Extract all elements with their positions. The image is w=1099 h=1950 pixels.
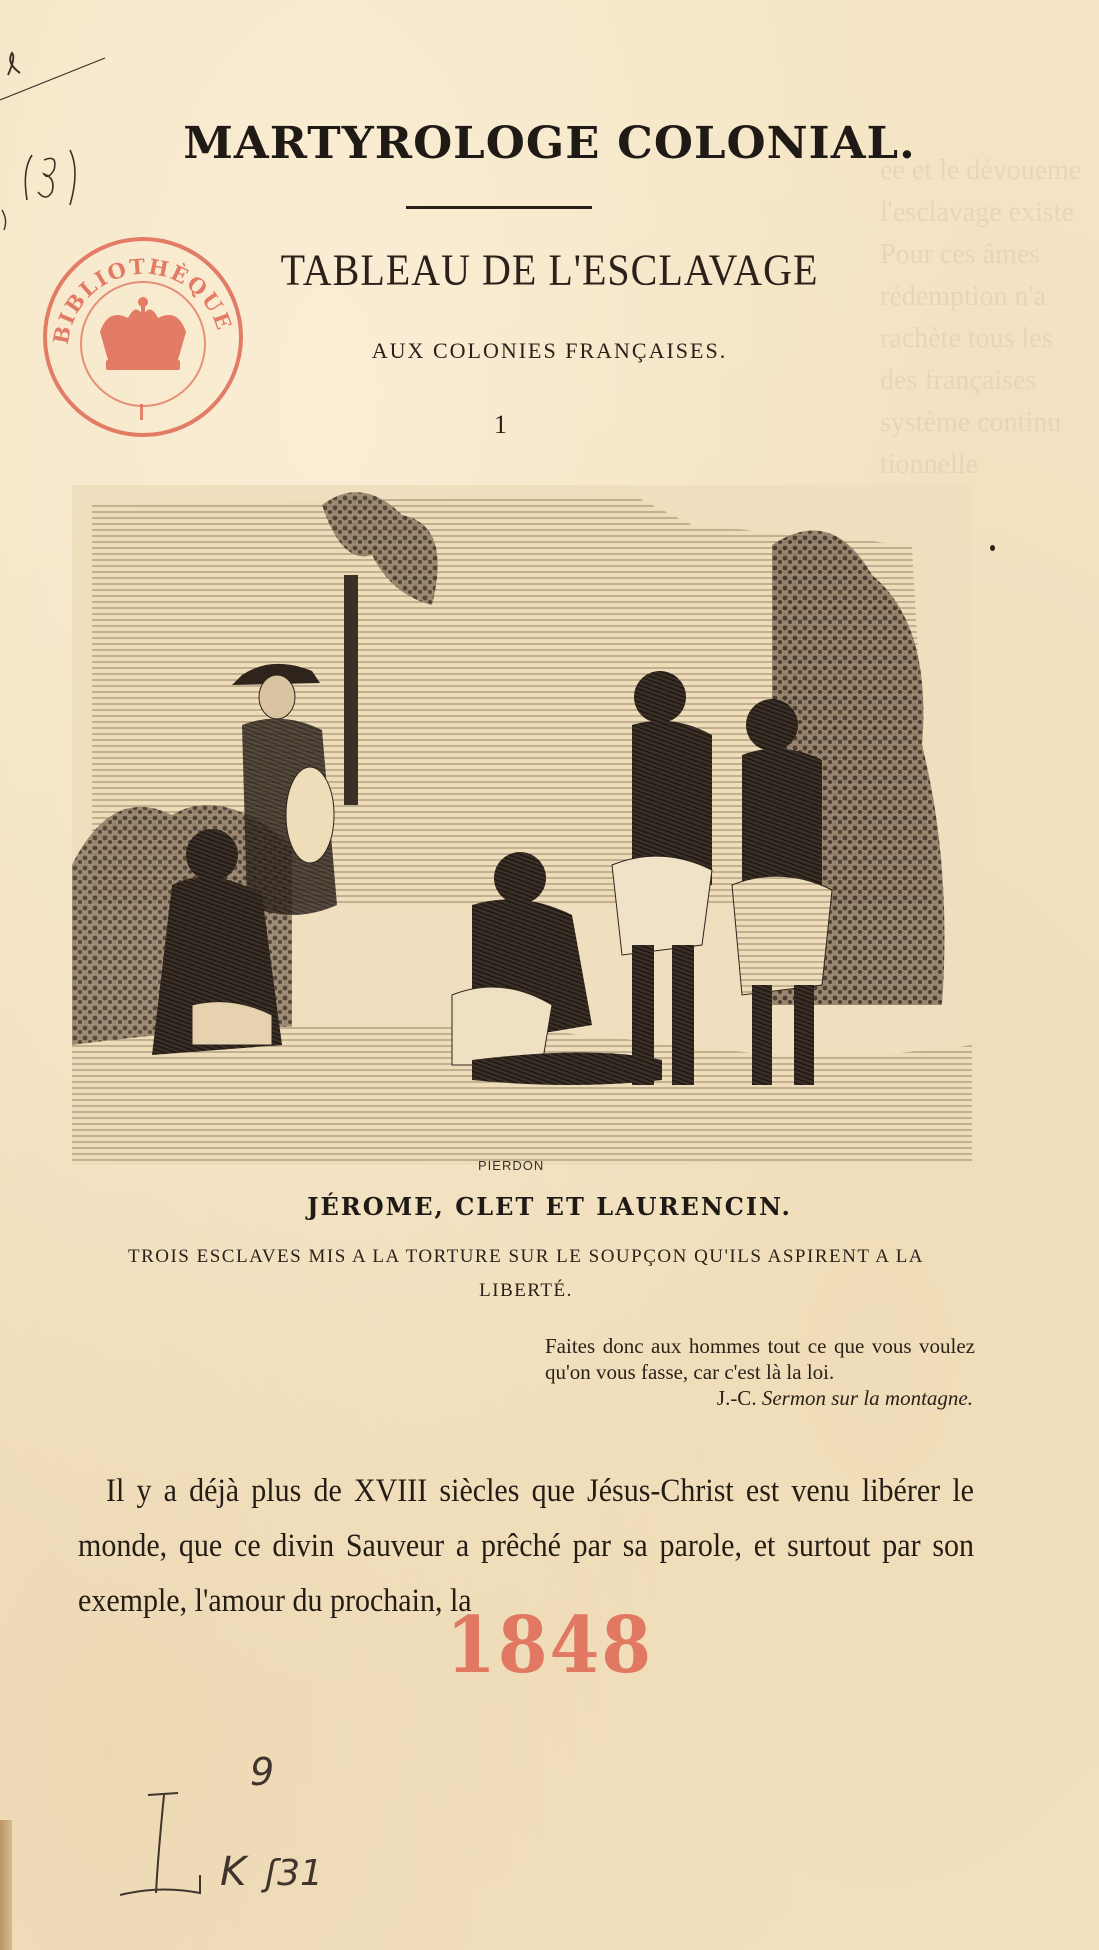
issue-number: 1 (494, 410, 507, 440)
svg-text:K: K (220, 1849, 249, 1895)
year-stamp: 1848 (44, 1600, 1055, 1691)
binding-edge (0, 1820, 12, 1950)
epigraph: Faites donc aux hommes tout ce que vous … (545, 1333, 975, 1411)
series-title: MARTYROLOGE COLONIAL. (0, 118, 1099, 169)
svg-text:9: 9 (250, 1750, 274, 1794)
caption-names: JÉROME, CLET ET LAURENCIN. (0, 1192, 1099, 1221)
epigraph-author: J.-C. (717, 1386, 757, 1410)
caption-description: TROIS ESCLAVES MIS A LA TORTURE SUR LE S… (96, 1240, 956, 1308)
epigraph-attribution: J.-C. Sermon sur la montagne. (545, 1385, 975, 1411)
engraver-signature: PIERDON (478, 1158, 544, 1173)
epigraph-quote: Faites donc aux hommes tout ce que vous … (545, 1334, 975, 1384)
ink-speck (990, 545, 995, 551)
library-stamp: BIBLIOTHÈQUE ROYALE (38, 232, 248, 442)
handwritten-shelfmark: K 9 ʃ31 (100, 1735, 360, 1905)
title-divider (406, 206, 592, 209)
svg-text:ʃ31: ʃ31 (260, 1853, 323, 1894)
crown-icon (100, 297, 186, 370)
engraving-illustration (72, 485, 972, 1165)
epigraph-work: Sermon sur la montagne. (762, 1386, 973, 1410)
